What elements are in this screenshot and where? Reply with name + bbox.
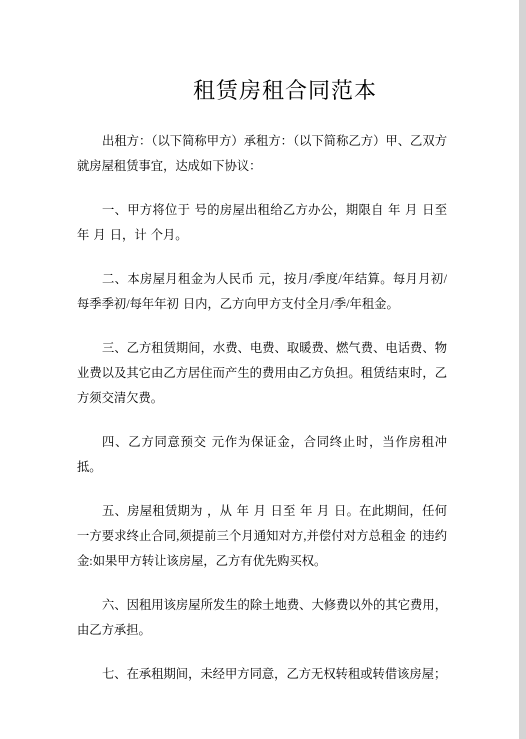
- paragraph-clause-5: 五、房屋租赁期为 ，从 年 月 日至 年 月 日。在此期间，任何一方要求终止合同…: [77, 499, 447, 574]
- paragraph-clause-7: 七、在承租期间，未经甲方同意，乙方无权转租或转借该房屋；: [77, 662, 447, 687]
- paragraph-clause-2: 二、本房屋月租金为人民币 元，按月/季度/年结算。每月月初/每季季初/每年年初 …: [77, 267, 447, 317]
- scrollbar-track[interactable]: [519, 0, 526, 739]
- document-title: 租赁房租合同范本: [77, 76, 447, 105]
- document-page: 租赁房租合同范本 出租方：（以下简称甲方）承租方：（以下简称乙方）甲、乙双方就房…: [0, 0, 519, 739]
- paragraph-clause-6: 六、因租用该房屋所发生的除土地费、大修费以外的其它费用，由乙方承担。: [77, 593, 447, 643]
- paragraph-clause-1: 一、甲方将位于 号的房屋出租给乙方办公，期限自 年 月 日至 年 月 日，计 个…: [77, 198, 447, 248]
- document-content: 租赁房租合同范本 出租方：（以下简称甲方）承租方：（以下简称乙方）甲、乙双方就房…: [77, 0, 447, 706]
- paragraph-clause-4: 四、乙方同意预交 元作为保证金，合同终止时，当作房租冲抵。: [77, 430, 447, 480]
- paragraph-intro: 出租方：（以下简称甲方）承租方：（以下简称乙方）甲、乙双方就房屋租赁事宜，达成如…: [77, 129, 447, 179]
- paragraph-clause-3: 三、乙方租赁期间，水费、电费、取暖费、燃气费、电话费、物业费以及其它由乙方居住而…: [77, 336, 447, 411]
